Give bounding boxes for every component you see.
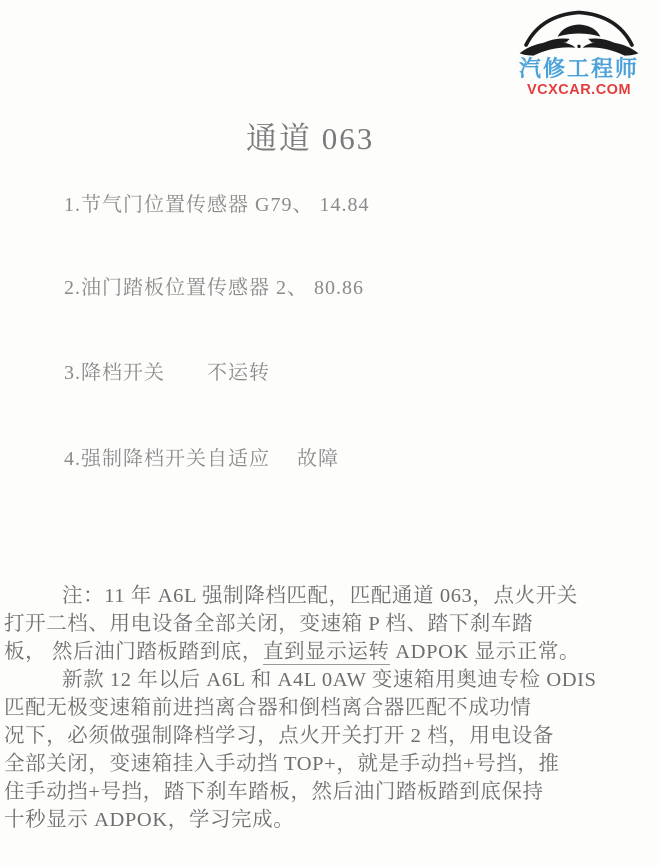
note-line-3-underlined: 直到显示运转 [263, 641, 390, 665]
note-line-1: 注：11 年 A6L 强制降档匹配，匹配通道 063，点火开关 [4, 582, 644, 610]
brand-name-text: 汽修工程师 [503, 58, 655, 80]
note-section: 注：11 年 A6L 强制降档匹配，匹配通道 063，点火开关 打开二档、用电设… [4, 582, 644, 834]
page-title: 通道 063 [246, 113, 374, 158]
note-line-3-pre: 板， 然后油门踏板踏到底， [4, 641, 263, 663]
scanned-document-page: 汽修工程师 VCXCAR.COM 通道 063 1.节气门位置传感器 G79、 … [0, 0, 659, 866]
note-line-9: 十秒显示 ADPOK，学习完成。 [4, 806, 644, 834]
car-logo-icon [515, 5, 643, 57]
note-line-3-post: ADPOK 显示正常。 [390, 641, 581, 663]
note-line-4: 新款 12 年以后 A6L 和 A4L 0AW 变速箱用奥迪专检 ODIS [4, 666, 644, 694]
list-item-3: 3.降档开关 不运转 [64, 356, 270, 385]
list-item-2: 2.油门踏板位置传感器 2、 80.86 [64, 271, 364, 300]
note-line-5: 匹配无极变速箱前进挡离合器和倒档离合器匹配不成功情 [4, 694, 644, 722]
brand-logo: 汽修工程师 VCXCAR.COM [503, 5, 655, 98]
note-line-2: 打开二档、用电设备全部关闭，变速箱 P 档、踏下刹车踏 [4, 610, 644, 638]
list-item-1: 1.节气门位置传感器 G79、 14.84 [64, 188, 369, 217]
note-line-6: 况下，必须做强制降档学习，点火开关打开 2 档，用电设备 [4, 722, 644, 750]
list-item-4: 4.强制降档开关自适应 故障 [64, 442, 339, 471]
note-line-7: 全部关闭，变速箱挂入手动挡 TOP+，就是手动挡+号挡，推 [4, 750, 644, 778]
note-line-8: 住手动挡+号挡，踏下刹车踏板，然后油门踏板踏到底保持 [4, 778, 644, 806]
brand-site-text: VCXCAR.COM [503, 83, 655, 98]
note-line-3: 板， 然后油门踏板踏到底，直到显示运转 ADPOK 显示正常。 [4, 638, 644, 666]
